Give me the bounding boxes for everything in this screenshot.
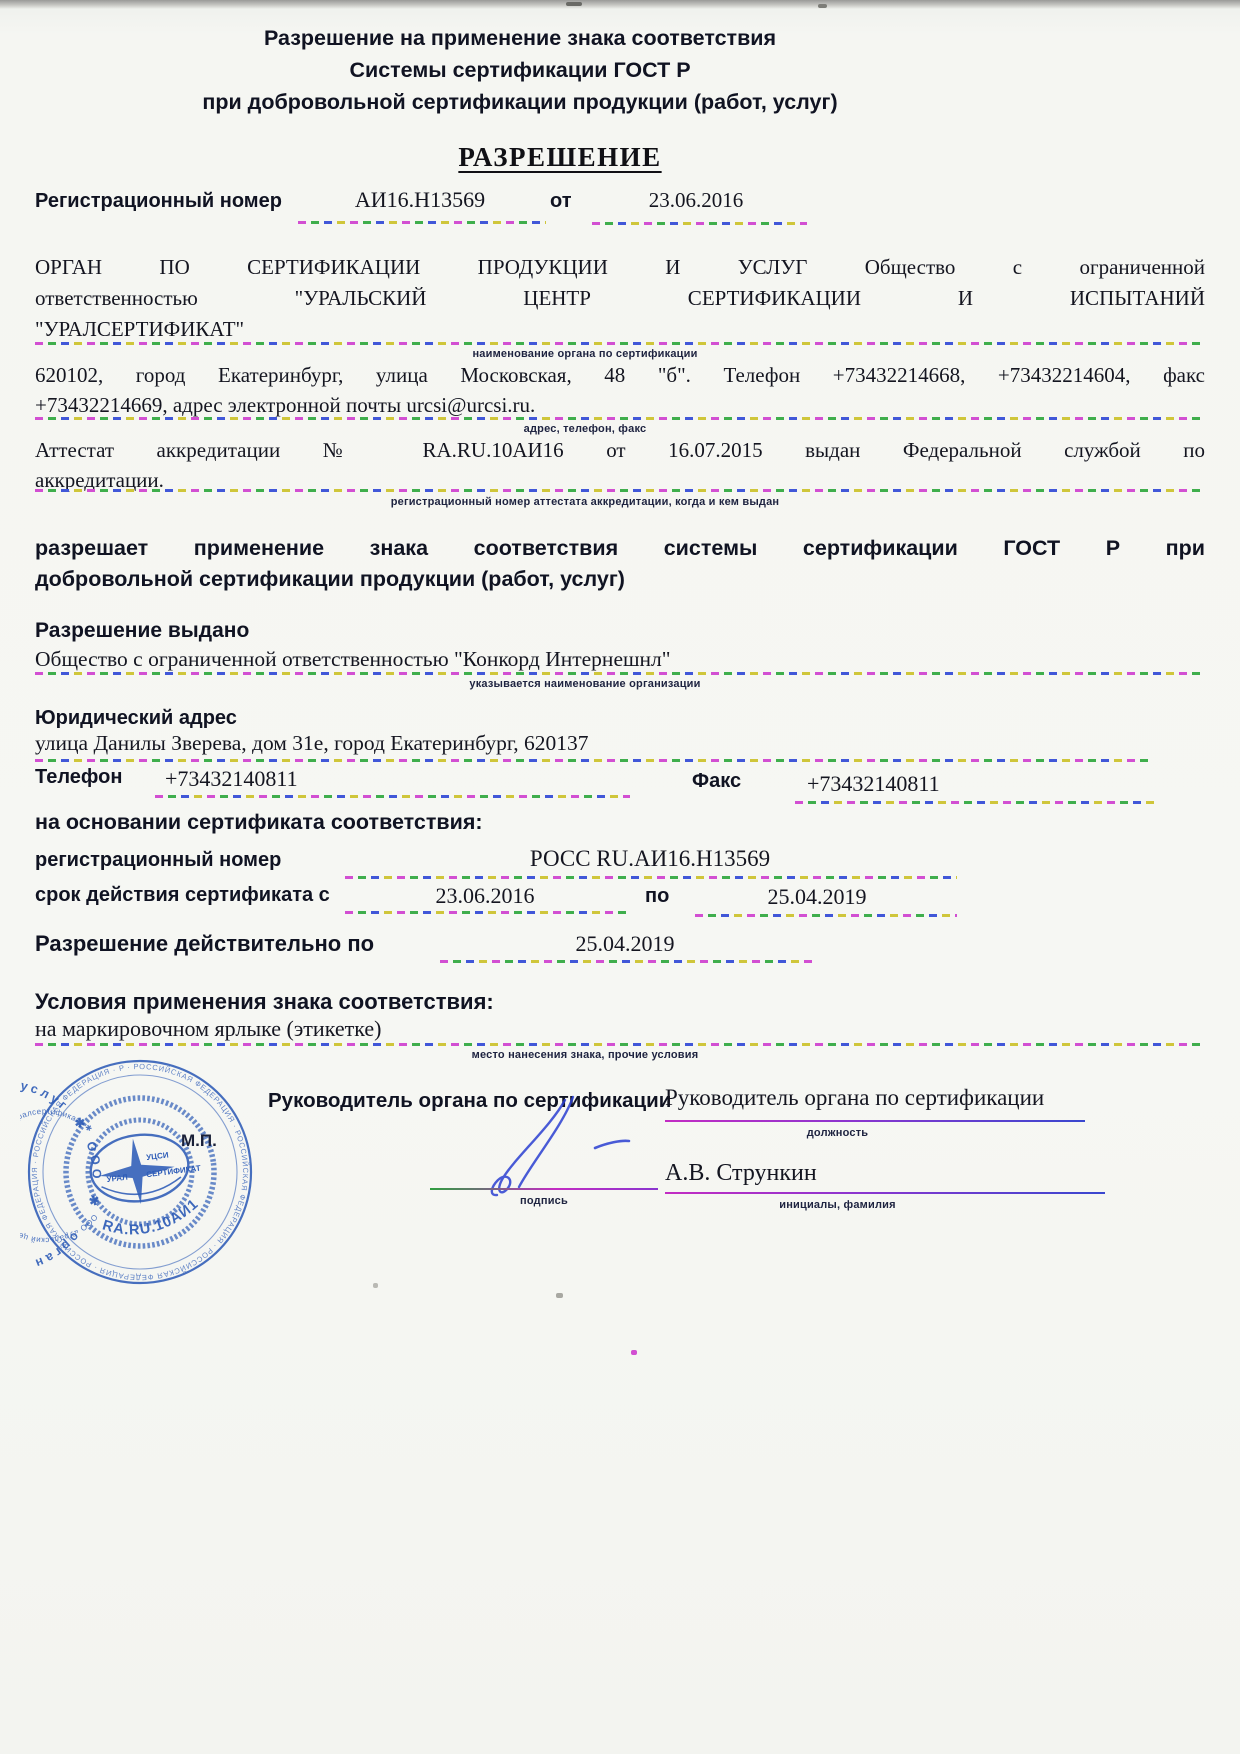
certificate-document: Разрешение на применение знака соответст… <box>0 0 1240 1754</box>
text-line: ответственностью "УРАЛЬСКИЙ ЦЕНТР СЕРТИФ… <box>35 283 1205 314</box>
solid-underline <box>665 1120 1085 1122</box>
dashed-underline <box>695 914 957 917</box>
text-line: Аттестат аккредитации № RA.RU.10АИ16 от … <box>35 435 1205 465</box>
dashed-underline <box>345 876 957 879</box>
registration-date-value: 23.06.2016 <box>590 188 802 213</box>
until-label: по <box>645 885 669 908</box>
from-label: от <box>550 190 572 213</box>
permit-valid-date: 25.04.2019 <box>440 931 810 957</box>
scan-speck <box>373 1283 378 1288</box>
signature-caption: подпись <box>430 1195 658 1207</box>
issued-to-label: Разрешение выдано <box>35 619 249 643</box>
dashed-underline <box>440 960 812 963</box>
name-caption: инициалы, фамилия <box>665 1199 1010 1211</box>
text-line: ОРГАН ПО СЕРТИФИКАЦИИ ПРОДУКЦИИ И УСЛУГ … <box>35 252 1205 283</box>
dashed-underline <box>345 911 627 914</box>
stamp-place-label: М.П. <box>181 1131 217 1151</box>
fax-label: Факс <box>692 770 741 793</box>
dashed-underline <box>155 795 630 798</box>
dashed-underline <box>592 222 807 225</box>
solid-underline <box>430 1188 658 1190</box>
issued-organization: Общество с ограниченной ответственностью… <box>35 647 671 672</box>
text-line: "УРАЛСЕРТИФИКАТ" <box>35 314 1205 345</box>
dashed-underline <box>35 417 1205 420</box>
permit-valid-label: Разрешение действительно по <box>35 931 374 957</box>
dashed-underline <box>35 1043 1205 1046</box>
issued-caption: указывается наименование организации <box>35 678 1135 690</box>
document-title: РАЗРЕШЕНИЕ <box>40 142 1080 173</box>
body-name-caption: наименование органа по сертификации <box>35 348 1135 360</box>
scan-edge-strip <box>0 0 1240 9</box>
address-caption: адрес, телефон, факс <box>35 423 1135 435</box>
valid-to-value: 25.04.2019 <box>692 884 942 910</box>
position-caption: должность <box>665 1127 1010 1139</box>
legal-address-label: Юридический адрес <box>35 707 237 730</box>
registration-number-label: Регистрационный номер <box>35 190 282 213</box>
dashed-underline <box>35 342 1205 345</box>
dashed-underline <box>35 672 1205 675</box>
certification-body-paragraph: ОРГАН ПО СЕРТИФИКАЦИИ ПРОДУКЦИИ И УСЛУГ … <box>35 252 1205 345</box>
handwritten-signature <box>415 1094 675 1199</box>
scan-speck <box>556 1293 563 1298</box>
scan-speck <box>818 4 827 8</box>
text-line: Системы сертификации ГОСТ Р <box>0 54 1040 86</box>
text-line: добровольной сертификации продукции (раб… <box>35 564 1205 595</box>
phone-value: +73432140811 <box>165 766 298 792</box>
document-header: Разрешение на применение знака соответст… <box>0 22 1040 118</box>
dashed-underline <box>795 801 1155 804</box>
valid-from-value: 23.06.2016 <box>345 883 625 909</box>
text-line: разрешает применение знака соответствия … <box>35 533 1205 564</box>
conditions-value: на маркировочном ярлыке (этикетке) <box>35 1016 381 1042</box>
certificate-regnum-label: регистрационный номер <box>35 849 281 872</box>
registration-number-value: АИ16.Н13569 <box>300 187 540 213</box>
text-line: при добровольной сертификации продукции … <box>0 86 1040 118</box>
accreditation-caption: регистрационный номер аттестата аккредит… <box>35 496 1135 508</box>
accreditation-paragraph: Аттестат аккредитации № RA.RU.10АИ16 от … <box>35 435 1205 495</box>
dashed-underline <box>35 759 1150 762</box>
text-line: 620102, город Екатеринбург, улица Москов… <box>35 360 1205 390</box>
round-stamp: · РОССИЙСКАЯ ФЕДЕРАЦИЯ · РОССИЙСКАЯ ФЕДЕ… <box>20 1056 260 1288</box>
text-line: +73432214669, адрес электронной почты ur… <box>35 390 1205 420</box>
text-line: Разрешение на применение знака соответст… <box>0 22 1040 54</box>
phone-label: Телефон <box>35 766 122 789</box>
body-address-paragraph: 620102, город Екатеринбург, улица Москов… <box>35 360 1205 420</box>
dashed-underline <box>35 489 1205 492</box>
signature-right-title: Руководитель органа по сертификации <box>665 1085 1044 1111</box>
solid-underline <box>665 1192 1105 1194</box>
scan-speck <box>631 1350 637 1355</box>
stamp-ural-text: УРАЛ <box>106 1173 128 1185</box>
basis-label: на основании сертификата соответствия: <box>35 810 483 835</box>
validity-label: срок действия сертификата с <box>35 884 330 907</box>
conditions-label: Условия применения знака соответствия: <box>35 989 494 1015</box>
scan-speck <box>566 2 582 6</box>
fax-value: +73432140811 <box>807 771 940 797</box>
dashed-underline <box>298 221 546 224</box>
stamp-ucsi-text: УЦСИ <box>146 1150 170 1162</box>
certificate-regnum-value: РОСС RU.АИ16.Н13569 <box>345 846 955 872</box>
signatory-name: А.В. Стрункин <box>665 1160 817 1187</box>
permits-paragraph: разрешает применение знака соответствия … <box>35 533 1205 595</box>
legal-address-value: улица Данилы Зверева, дом 31е, город Ека… <box>35 731 589 756</box>
